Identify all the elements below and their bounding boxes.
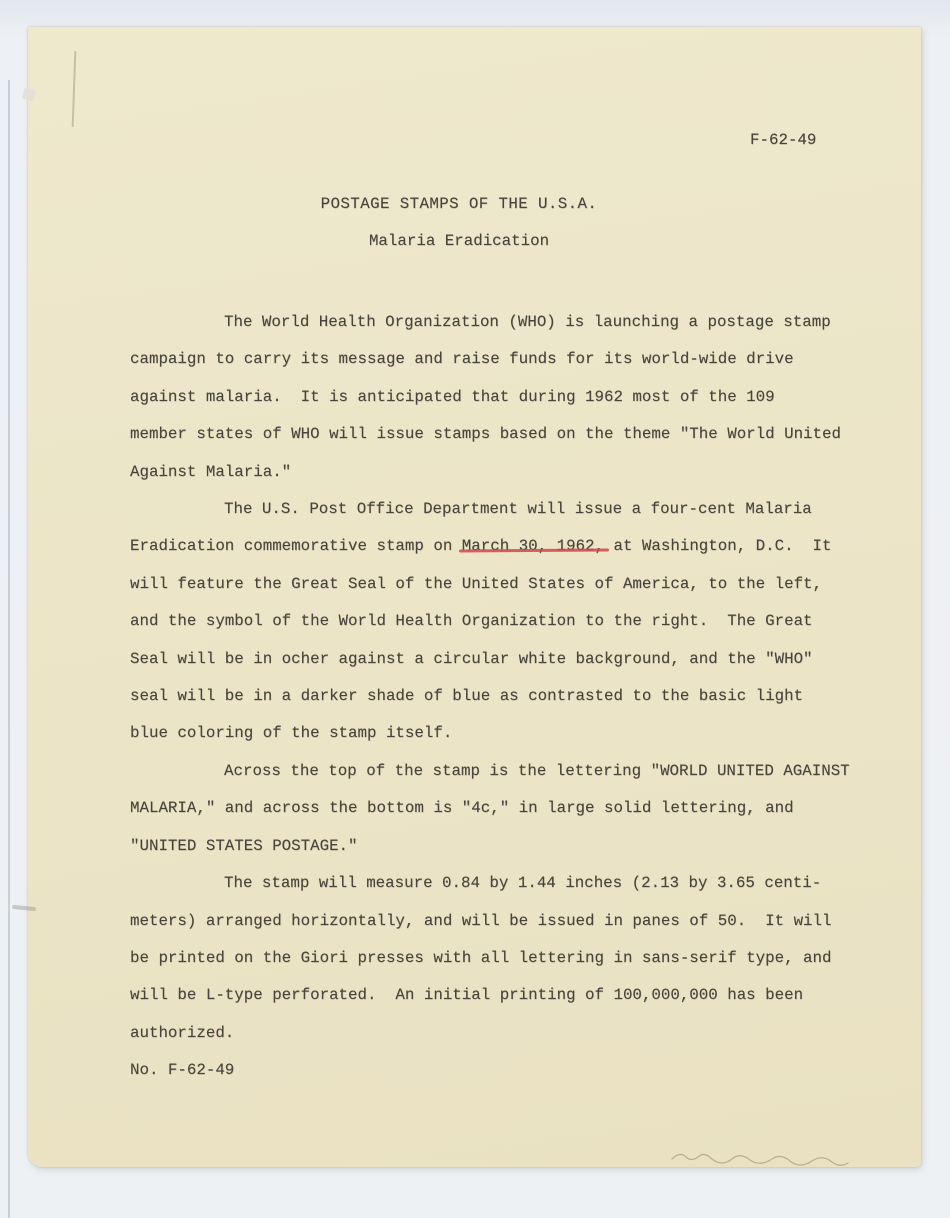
text-segment: will be L-type perforated. An initial pr…	[130, 986, 803, 1004]
document-line: against malaria. It is anticipated that …	[130, 379, 890, 416]
document-line: No. F-62-49	[130, 1052, 890, 1089]
document-line: meters) arranged horizontally, and will …	[130, 903, 890, 940]
staple-mark-top	[22, 88, 36, 101]
document-line: The World Health Organization (WHO) is l…	[130, 304, 890, 341]
document-line: Against Malaria."	[130, 454, 890, 491]
staple-mark-bottom	[12, 905, 36, 911]
document-line: The stamp will measure 0.84 by 1.44 inch…	[130, 865, 890, 902]
scan-background: { "colors": { "paper": "#ece5c8", "ink":…	[0, 0, 950, 1218]
text-segment: and the symbol of the World Health Organ…	[130, 612, 813, 630]
scanner-edge-line	[8, 80, 10, 1218]
text-segment: member states of WHO will issue stamps b…	[130, 425, 841, 443]
text-segment: seal will be in a darker shade of blue a…	[130, 687, 803, 705]
document-body: The World Health Organization (WHO) is l…	[130, 304, 890, 1090]
pencil-scribble	[668, 1145, 868, 1167]
text-segment: Across the top of the stamp is the lette…	[224, 762, 850, 780]
document-line: MALARIA," and across the bottom is "4c,"…	[130, 790, 890, 827]
document-line: Eradication commemorative stamp on March…	[130, 528, 890, 565]
text-segment: meters) arranged horizontally, and will …	[130, 912, 832, 930]
title-block: POSTAGE STAMPS OF THE U.S.A. Malaria Era…	[28, 195, 890, 250]
text-segment: blue coloring of the stamp itself.	[130, 724, 452, 742]
text-segment: authorized.	[130, 1024, 234, 1042]
document-line: authorized.	[130, 1015, 890, 1052]
red-underlined-date: March 30, 1962,	[462, 537, 604, 555]
document-line: and the symbol of the World Health Organ…	[130, 603, 890, 640]
text-segment: MALARIA," and across the bottom is "4c,"…	[130, 799, 794, 817]
document-line: will be L-type perforated. An initial pr…	[130, 977, 890, 1014]
document-line: seal will be in a darker shade of blue a…	[130, 678, 890, 715]
document-line: Across the top of the stamp is the lette…	[130, 753, 890, 790]
document-line: Seal will be in ocher against a circular…	[130, 641, 890, 678]
document-subtitle: Malaria Eradication	[28, 232, 890, 250]
scratch-mark	[72, 51, 76, 127]
document-line: campaign to carry its message and raise …	[130, 341, 890, 378]
text-segment: Against Malaria."	[130, 463, 291, 481]
text-segment: Seal will be in ocher against a circular…	[130, 650, 813, 668]
document-line: will feature the Great Seal of the Unite…	[130, 566, 890, 603]
document-title: POSTAGE STAMPS OF THE U.S.A.	[28, 195, 890, 213]
text-segment: be printed on the Giori presses with all…	[130, 949, 832, 967]
document-line: member states of WHO will issue stamps b…	[130, 416, 890, 453]
text-segment: No. F-62-49	[130, 1061, 234, 1079]
text-segment: Eradication commemorative stamp on	[130, 537, 462, 555]
text-segment: at Washington, D.C. It	[604, 537, 832, 555]
text-segment: The U.S. Post Office Department will iss…	[224, 500, 812, 518]
text-segment: The World Health Organization (WHO) is l…	[224, 313, 831, 331]
text-segment: "UNITED STATES POSTAGE."	[130, 837, 358, 855]
document-line: blue coloring of the stamp itself.	[130, 715, 890, 752]
reference-number: F-62-49	[750, 131, 816, 149]
text-segment: The stamp will measure 0.84 by 1.44 inch…	[224, 874, 821, 892]
document-line: The U.S. Post Office Department will iss…	[130, 491, 890, 528]
document-page: F-62-49 POSTAGE STAMPS OF THE U.S.A. Mal…	[28, 27, 921, 1167]
text-segment: against malaria. It is anticipated that …	[130, 388, 775, 406]
text-segment: campaign to carry its message and raise …	[130, 350, 794, 368]
text-segment: will feature the Great Seal of the Unite…	[130, 575, 822, 593]
document-line: be printed on the Giori presses with all…	[130, 940, 890, 977]
document-line: "UNITED STATES POSTAGE."	[130, 828, 890, 865]
